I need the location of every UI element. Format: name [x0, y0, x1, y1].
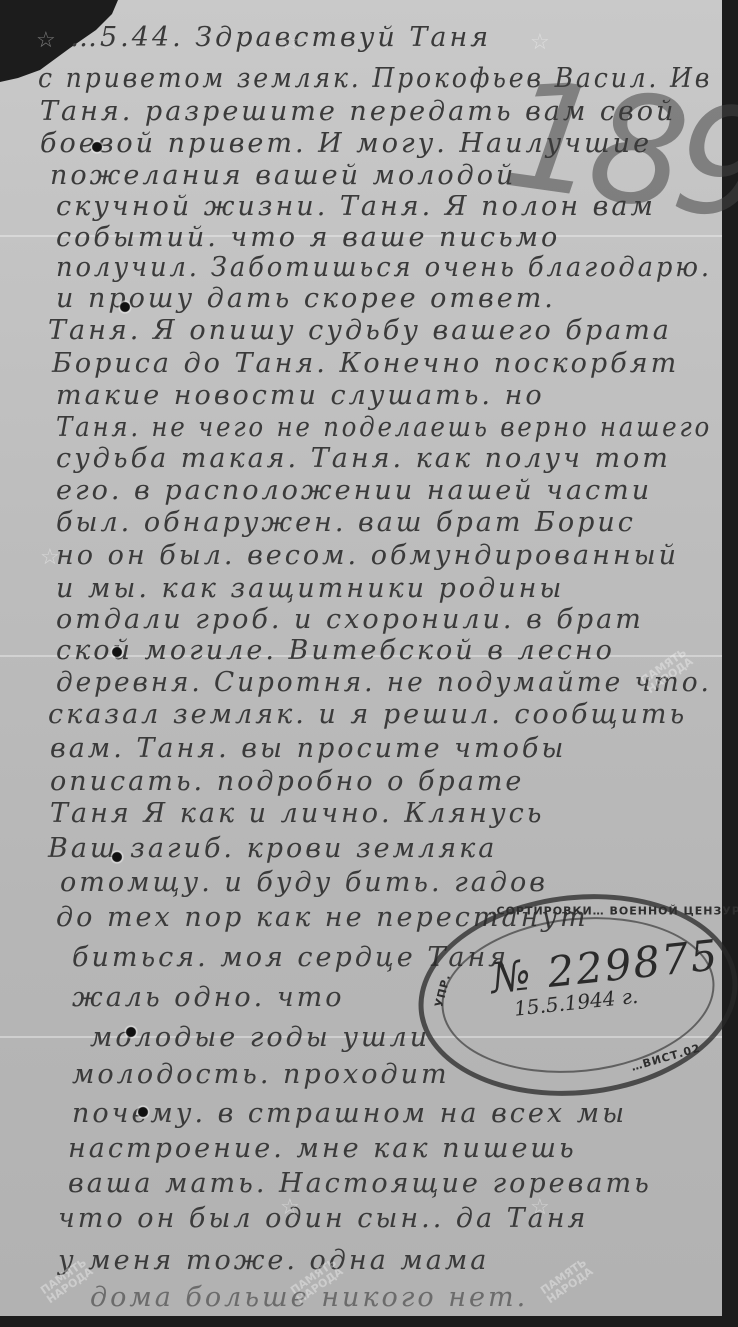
letter-line: Таня Я как и лично. Клянусь [50, 798, 544, 829]
letter-line: жаль одно. что [72, 982, 345, 1013]
watermark-star-icon: ☆ [280, 1195, 300, 1220]
letter-line: событий. что я ваше письмо [56, 222, 560, 253]
watermark-star-icon: ☆ [280, 30, 300, 55]
letter-line: боевой привет. И могу. Наилучшие [40, 128, 652, 159]
letter-line: и мы. как защитники родины [56, 573, 564, 604]
letter-line: Таня. разрешите передать вам свой [40, 96, 676, 127]
letter-line: пожелания вашей молодой [50, 160, 516, 191]
letter-line: отомщу. и буду бить. гадов [60, 867, 548, 898]
watermark-star-icon: ☆ [40, 545, 60, 570]
letter-line: сказал земляк. и я решил. сообщить [48, 699, 687, 730]
letter-line: ваша мать. Настоящие горевать [68, 1168, 652, 1199]
punch-hole [90, 140, 104, 154]
letter-line: почему. в страшном на всех мы [72, 1098, 627, 1129]
letter-line: Таня. Я опишу судьбу вашего брата [48, 315, 672, 346]
watermark-star-icon: ☆ [530, 1195, 550, 1220]
letter-line: вам. Таня. вы просите чтобы [50, 733, 566, 764]
watermark-star-icon: ☆ [530, 30, 550, 55]
letter-line: настроение. мне как пишешь [68, 1133, 577, 1164]
letter-line: что он был один сын.. да Таня [58, 1203, 588, 1234]
letter-line: Таня. не чего не поделаешь верно нашего [56, 412, 712, 443]
punch-hole [118, 300, 132, 314]
letter-line: судьба такая. Таня. как получ тот [56, 443, 671, 474]
letter-line: молодость. проходит [72, 1059, 450, 1090]
watermark-star-icon: ☆ [36, 28, 56, 53]
punch-hole [110, 850, 124, 864]
letter-line: Бориса до Таня. Конечно поскорбят [52, 348, 679, 379]
letter-line: скучной жизни. Таня. Я полон вам [56, 191, 656, 222]
letter-line: деревня. Сиротня. не подумайте что. [56, 667, 712, 698]
letter-line: но он был. весом. обмундированный [56, 540, 679, 571]
letter-line: молодые годы ушли [90, 1022, 430, 1053]
letter-line: у меня тоже. одна мама [58, 1245, 489, 1276]
punch-hole [136, 1105, 150, 1119]
letter-line: с приветом земляк. Прокофьев Васил. Ив [38, 63, 712, 94]
punch-hole [110, 645, 124, 659]
letter-line: был. обнаружен. ваш брат Борис [56, 507, 636, 538]
letter-line: описать. подробно о брате [50, 766, 524, 797]
letter-line: такие новости слушать. но [56, 380, 545, 411]
letter-line: отдали гроб. и схоронили. в брат [56, 604, 644, 635]
stamp-border-text-top: …СОРТИРОВКИ… ВОЕННОЙ ЦЕНЗУРЫ… [484, 905, 738, 918]
letter-line: получил. Заботишься очень благодарю. [56, 252, 712, 283]
letter-line: его. в расположении нашей части [56, 475, 652, 506]
letter-line: ской могиле. Витебской в лесно [56, 635, 615, 666]
punch-hole [124, 1025, 138, 1039]
